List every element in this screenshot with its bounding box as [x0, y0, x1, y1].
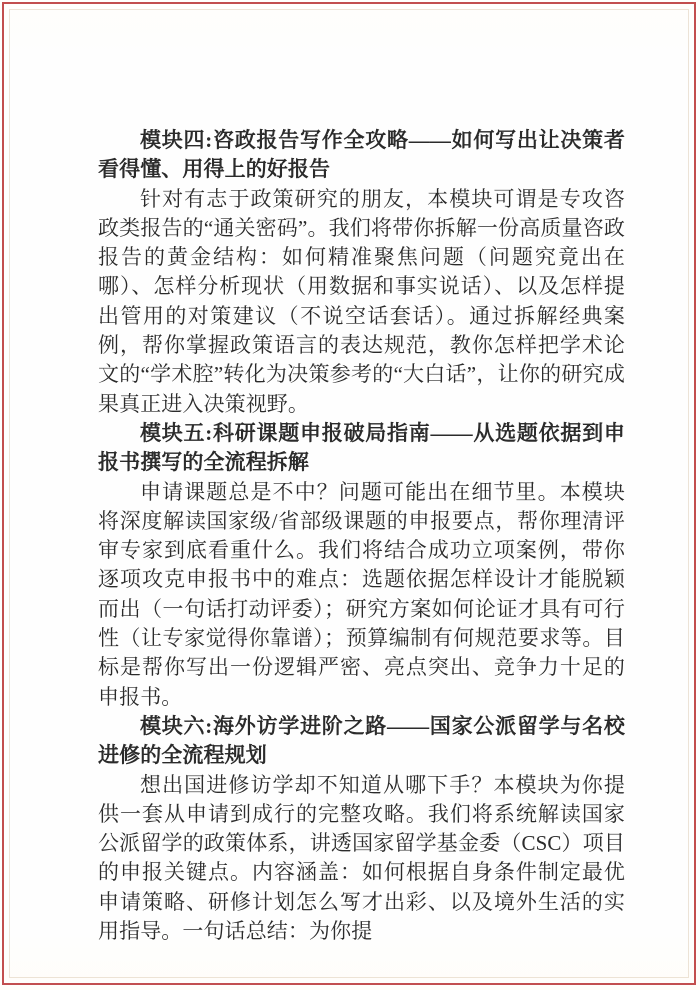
section-heading-module-4: 模块四:咨政报告写作全攻略——如何写出让决策者看得懂、用得上的好报告: [98, 126, 625, 185]
section-heading-module-5: 模块五:科研课题申报破局指南——从选题依据到申报书撰写的全流程拆解: [98, 419, 625, 478]
section-paragraph-module-6: 想出国进修访学却不知道从哪下手？本模块为你提供一套从申请到成行的完整攻略。我们将…: [98, 771, 625, 947]
section-paragraph-module-4: 针对有志于政策研究的朋友，本模块可谓是专攻咨政类报告的“通关密码”。我们将带你拆…: [98, 185, 625, 419]
page-content: 模块四:咨政报告写作全攻略——如何写出让决策者看得懂、用得上的好报告 针对有志于…: [98, 126, 625, 946]
page-number: 3: [0, 890, 700, 912]
document-page: 模块四:咨政报告写作全攻略——如何写出让决策者看得懂、用得上的好报告 针对有志于…: [0, 0, 700, 990]
section-paragraph-module-5: 申请课题总是不中？问题可能出在细节里。本模块将深度解读国家级/省部级课题的申报要…: [98, 478, 625, 712]
section-module-4: 模块四:咨政报告写作全攻略——如何写出让决策者看得懂、用得上的好报告 针对有志于…: [98, 126, 625, 419]
section-heading-module-6: 模块六:海外访学进阶之路——国家公派留学与名校进修的全流程规划: [98, 712, 625, 771]
section-module-5: 模块五:科研课题申报破局指南——从选题依据到申报书撰写的全流程拆解 申请课题总是…: [98, 419, 625, 712]
